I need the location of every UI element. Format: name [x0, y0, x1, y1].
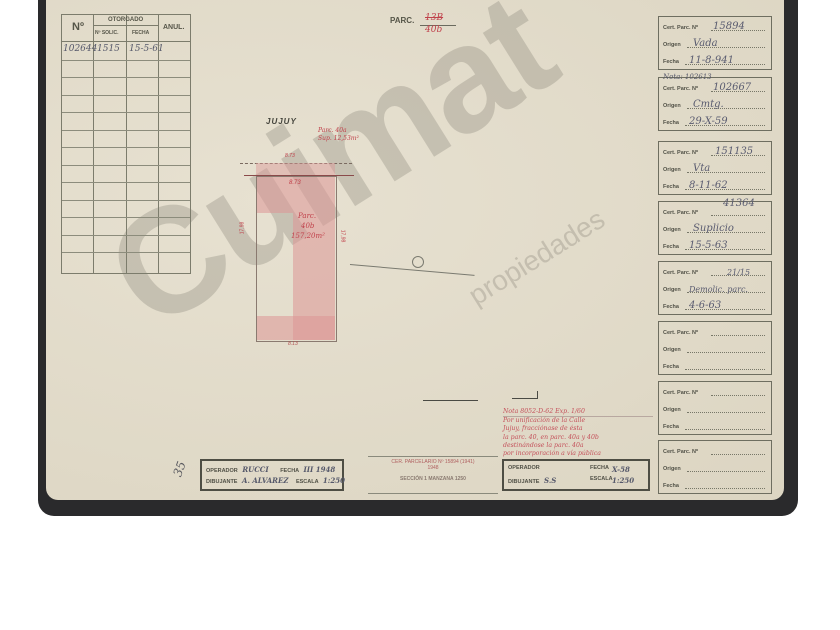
certificate-card: Cert. Parc. Nº21/15 OrigenDemolic. parc.… — [658, 261, 772, 315]
parcel-old-number: 13B — [425, 13, 443, 23]
parcel-number-text: 40b — [301, 222, 314, 230]
certificate-card: Cert. Parc. Nº Origen Fecha — [658, 321, 772, 375]
street-name: JUJUY — [266, 117, 297, 126]
parcel-label: PARC. — [390, 16, 414, 25]
plan-note-top-1: Parc. 40a — [318, 127, 347, 134]
red-note-line: Por unificación de la Calle — [503, 417, 653, 425]
row1-fecha: 15-5-61 — [129, 44, 164, 54]
header-no: Nº — [72, 21, 84, 33]
scale-bar — [423, 400, 478, 401]
parcel-new-number: 40b — [425, 25, 442, 35]
certificate-card: Cert. Parc. Nº15894 OrigenVada Fecha11-8… — [658, 16, 772, 70]
header-fecha: FECHA — [132, 30, 149, 36]
parcel-outline — [256, 176, 337, 342]
certificate-card: Cert. Parc. Nº151135 OrigenVta Fecha8-11… — [658, 141, 772, 195]
scale-bar-right — [512, 398, 538, 399]
parcel-area-text: 157,20m² — [291, 232, 325, 240]
red-note-line: destinándose la parc. 40a — [503, 442, 653, 450]
header-no-solic: Nº SOLIC. — [95, 30, 119, 36]
certificate-card: Nota: 102613 Cert. Parc. Nº102667 Origen… — [658, 77, 772, 131]
red-note-line: Nota 8052-D-62 Exp. 1/60 — [503, 408, 653, 417]
left-measure: 17,98 — [239, 222, 245, 235]
red-note-line: la parc. 40, en parc. 40a y 40b — [503, 434, 653, 442]
plan-note-top-2: Sup. 12,53m² — [318, 135, 359, 142]
red-note: Nota 8052-D-62 Exp. 1/60 Por unificación… — [503, 408, 653, 458]
grant-table: Nº OTORGADO Nº SOLIC. FECHA ANUL. 102644… — [61, 14, 191, 274]
top-measure: 8.73 — [285, 153, 295, 159]
header-anul: ANUL. — [163, 24, 184, 31]
header-otorgado: OTORGADO — [108, 17, 143, 23]
parcel-label-text: Parc. — [298, 212, 316, 220]
certificate-card: Cert. Parc. Nº Origen Fecha — [658, 440, 772, 494]
footer-stamp: CER. PARCELARIO Nº 15894 (1941) 1948 SEC… — [368, 456, 498, 494]
red-note-line: por incorporación a vía pública — [503, 450, 653, 458]
bottom-measure: 8.13 — [288, 341, 298, 347]
certificate-card: Cert. Parc. Nº Origen Fecha — [658, 381, 772, 435]
right-measure: 17,98 — [339, 230, 345, 243]
front-measure: 8.73 — [289, 180, 301, 186]
red-note-line: Jujuy, fracciónase de ésta — [503, 425, 653, 433]
footer-operator-box-left: OPERADOR RUCCI FECHA III 1948 DIBUJANTE … — [200, 459, 344, 491]
parcel-40a-strip — [256, 163, 335, 175]
footer-operator-box-right: OPERADOR FECHA X-58 DIBUJANTE S.S ESCALA… — [502, 459, 650, 491]
north-arrow-icon — [412, 256, 424, 268]
certificate-card: Cert. Parc. Nº41364 OrigenSuplicio Fecha… — [658, 201, 772, 255]
row1-no: 102644 — [63, 44, 97, 54]
row1-no-solic: 1515 — [97, 44, 120, 54]
